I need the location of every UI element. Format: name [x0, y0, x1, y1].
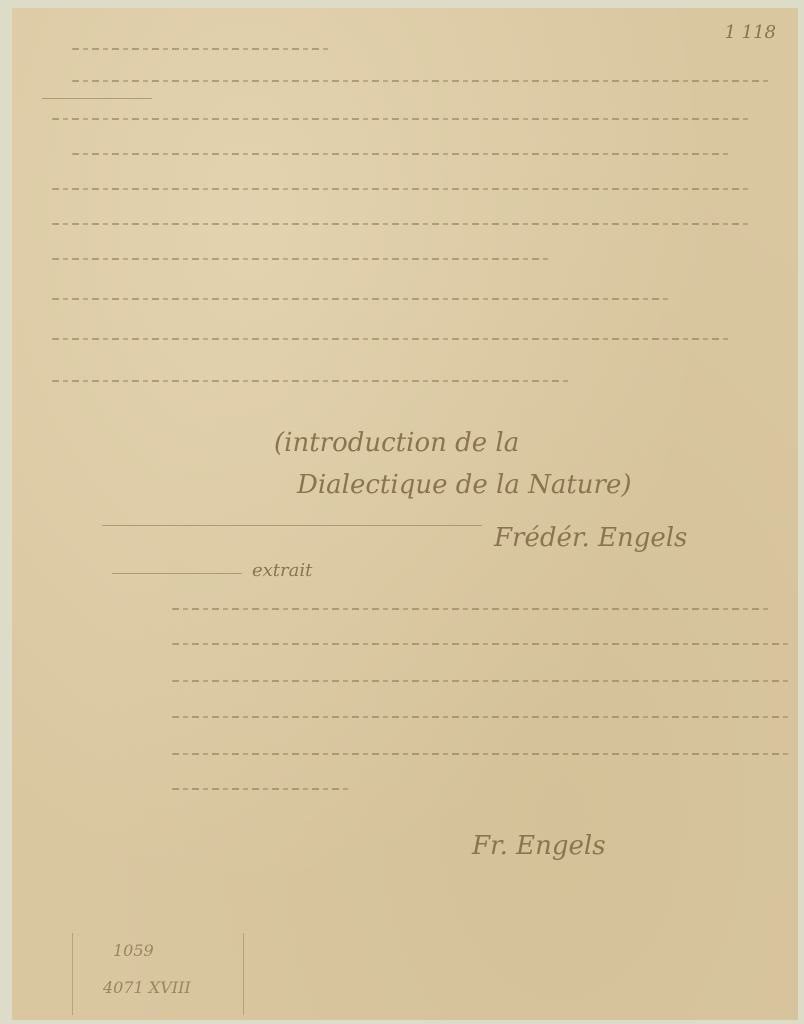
manuscript-page: 1 118 (introduction de la Dialectique de… — [12, 8, 798, 1020]
citation-line-1: (introduction de la — [274, 428, 519, 458]
divider — [102, 525, 482, 526]
archive-stamp: 1059 4071 XVIII — [72, 933, 244, 1015]
divider — [112, 573, 242, 574]
citation-line-2: Dialectique de la Nature) — [297, 470, 632, 500]
extract-heading: extrait — [252, 560, 312, 581]
stamp-line-2: 4071 XVIII — [103, 978, 191, 997]
signature-1: Frédér. Engels — [494, 523, 687, 553]
signature-2: Fr. Engels — [472, 831, 606, 861]
stamp-line-1: 1059 — [113, 941, 154, 960]
page-number: 1 118 — [724, 22, 776, 43]
